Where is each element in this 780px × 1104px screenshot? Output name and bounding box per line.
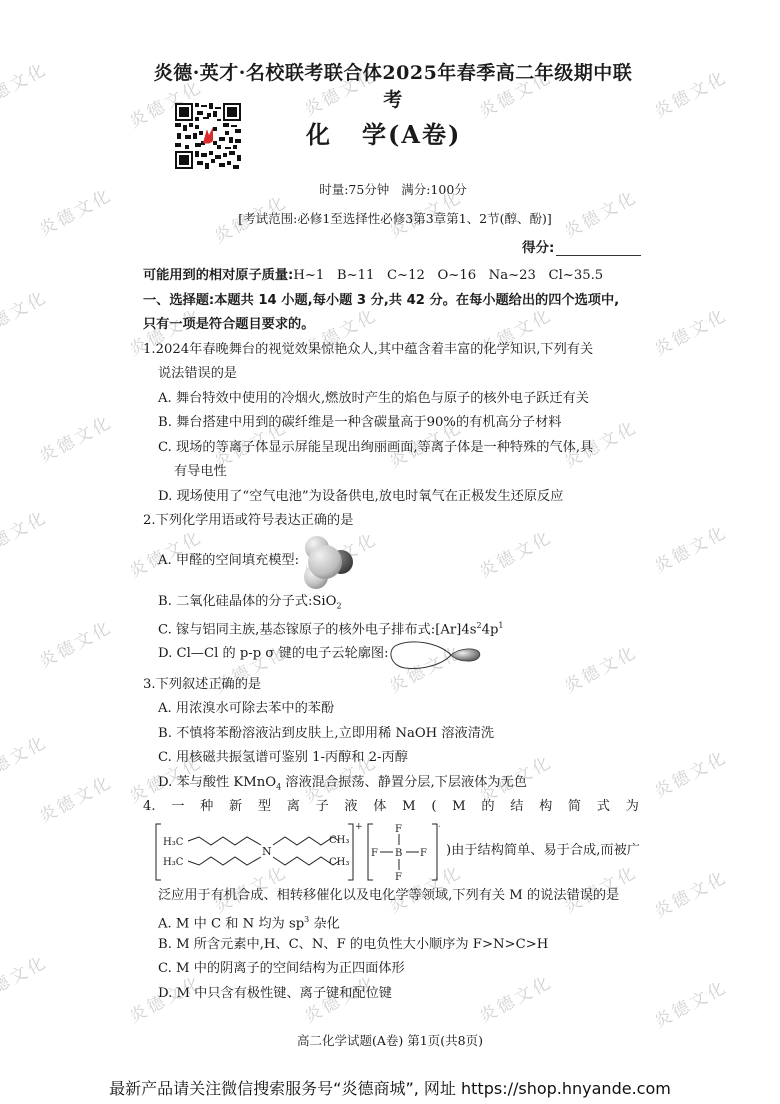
question-1-stem: 1.2024年春晚舞台的视觉效果惊艳众人,其中蕴含着丰富的化学知识,下列有关 xyxy=(143,338,643,363)
methyl-label: H₃C xyxy=(163,837,184,848)
fluorine-label: F xyxy=(420,848,427,859)
question-3-option-c[interactable]: C. 用核磁共振氢谱可鉴别 1-丙醇和 2-丙醇 xyxy=(143,746,643,771)
promo-footer-link[interactable]: 最新产品请关注微信搜索服务号“炎德商城”, 网址 https://shop.hn… xyxy=(0,1076,780,1099)
question-3-option-a[interactable]: A. 用浓溴水可除去苯中的苯酚 xyxy=(143,697,643,722)
q4-char: 一 xyxy=(171,795,184,820)
methyl-label: CH₃ xyxy=(329,835,349,846)
question-4-option-a[interactable]: A. M 中 C 和 N 均为 sp3 杂化 xyxy=(143,908,643,933)
q4-char: 型 xyxy=(258,795,271,820)
q4-char: 子 xyxy=(316,795,329,820)
exam-content: 可能用到的相对原子质量:H~1 B~11 C~12 O~16 Na~23 Cl~… xyxy=(143,264,643,1006)
q4-char: 式 xyxy=(597,795,610,820)
atomic-masses-values: H~1 B~11 C~12 O~16 Na~23 Cl~35.5 xyxy=(293,268,603,283)
question-1-stem-cont: 说法错误的是 xyxy=(143,362,643,387)
cation-charge: + xyxy=(355,822,363,832)
ionic-liquid-structure-icon: H₃C H₃C N CH₃ CH₃ + F B F F F − xyxy=(155,821,440,883)
question-4-option-d[interactable]: D. M 中只含有极性键、离子键和配位键 xyxy=(143,982,643,1007)
question-3-option-b[interactable]: B. 不慎将苯酚溶液沾到皮肤上,立即用稀 NaOH 溶液清洗 xyxy=(143,722,643,747)
q4-char: 的 xyxy=(481,795,494,820)
exam-page: 炎德·英才·名校联考联合体2025年春季高二年级期中联考 化学(A卷) 时量:7… xyxy=(0,0,780,1104)
qr-code-icon[interactable] xyxy=(175,103,241,169)
section-instructions-cont: 只有一项是符合题目要求的。 xyxy=(143,313,643,338)
question-4-stem-cont2: 泛应用于有机合成、相转移催化以及电化学等领域,下列有关 M 的说法错误的是 xyxy=(143,884,643,909)
nitrogen-label: N xyxy=(262,845,272,858)
q4-char: 新 xyxy=(229,795,242,820)
question-4-structure-line: H₃C H₃C N CH₃ CH₃ + F B F F F − )由于结构简单、… xyxy=(143,820,643,884)
q4-char: 为 xyxy=(626,795,639,820)
score-field: 得分: xyxy=(522,236,641,256)
q4-char: 简 xyxy=(568,795,581,820)
question-1-option-a[interactable]: A. 舞台特效中使用的冷烟火,燃放时产生的焰色与原子的核外电子跃迁有关 xyxy=(143,387,643,412)
subject-paper-label: 学(A卷) xyxy=(362,120,461,149)
fluorine-label: F xyxy=(395,824,402,835)
anion-charge: − xyxy=(438,822,440,832)
question-3-option-d[interactable]: D. 苯与酸性 KMnO4 溶液混合振荡、静置分层,下层液体为无色 xyxy=(143,771,643,796)
boron-label: B xyxy=(395,848,402,859)
q4-char: 体 xyxy=(373,795,386,820)
q4-char: ( xyxy=(431,795,436,820)
exam-duration-score: 时量:75分钟 满分:100分 xyxy=(148,180,638,198)
score-blank[interactable] xyxy=(556,242,641,256)
formaldehyde-model-icon xyxy=(297,533,355,591)
fluorine-label: F xyxy=(395,872,402,883)
question-2-stem: 2.下列化学用语或符号表达正确的是 xyxy=(143,509,643,534)
question-2-option-c[interactable]: C. 镓与铝同主族,基态镓原子的核外电子排布式:[Ar]4s24p1 xyxy=(143,614,643,639)
question-4-option-b[interactable]: B. M 所含元素中,H、C、N、F 的电负性大小顺序为 F>N>C>H xyxy=(143,933,643,958)
fluorine-label: F xyxy=(371,848,378,859)
q4-char: 液 xyxy=(344,795,357,820)
methyl-label: H₃C xyxy=(163,857,184,868)
atomic-masses: 可能用到的相对原子质量:H~1 B~11 C~12 O~16 Na~23 Cl~… xyxy=(143,264,643,289)
q4-char: 离 xyxy=(287,795,300,820)
q4-char: 构 xyxy=(539,795,552,820)
q4-char: M xyxy=(402,795,416,820)
question-4-stem: 4. 一 种 新 型 离 子 液 体 M ( M 的 结 构 简 式 为 xyxy=(143,795,639,820)
exam-scope: [考试范围:必修1至选择性必修3第3章第1、2节(醇、酚)] xyxy=(140,209,650,227)
q4-char: 4. xyxy=(143,795,156,820)
q4-char: 种 xyxy=(200,795,213,820)
question-4-stem-cont: )由于结构简单、易于合成,而被广 xyxy=(446,839,640,864)
page-footer: 高二化学试题(A卷) 第1页(共8页) xyxy=(0,1031,780,1049)
question-1-option-c-cont: 有导电性 xyxy=(143,460,643,485)
question-2-option-a[interactable]: A. 甲醛的空间填充模型: xyxy=(143,534,643,590)
score-label: 得分: xyxy=(522,236,554,256)
question-1-option-b[interactable]: B. 舞台搭建中用到的碳纤维是一种含碳量高于90%的有机高分子材料 xyxy=(143,411,643,436)
question-2-option-d[interactable]: D. Cl—Cl 的 p-p σ 键的电子云轮廓图: xyxy=(143,639,643,671)
atomic-masses-label: 可能用到的相对原子质量: xyxy=(143,268,293,283)
question-2-option-b[interactable]: B. 二氧化硅晶体的分子式:SiO2 xyxy=(143,590,643,615)
question-3-stem: 3.下列叙述正确的是 xyxy=(143,673,643,698)
q4-char: M xyxy=(452,795,466,820)
subject-title: 化学(A卷) xyxy=(306,115,461,150)
q4-char: 结 xyxy=(510,795,523,820)
question-1-option-d[interactable]: D. 现场使用了“空气电池”为设备供电,放电时氧气在正极发生还原反应 xyxy=(143,485,643,510)
sigma-bond-cloud-icon xyxy=(389,640,487,670)
section-instructions: 一、选择题:本题共 14 小题,每小题 3 分,共 42 分。在每小题给出的四个… xyxy=(143,289,643,314)
subject-char: 化 xyxy=(306,120,332,149)
methyl-label: CH₃ xyxy=(329,857,349,868)
question-1-option-c[interactable]: C. 现场的等离子体显示屏能呈现出绚丽画面,等离子体是一种特殊的气体,具 xyxy=(143,436,643,461)
question-4-option-c[interactable]: C. M 中的阴离子的空间结构为正四面体形 xyxy=(143,957,643,982)
